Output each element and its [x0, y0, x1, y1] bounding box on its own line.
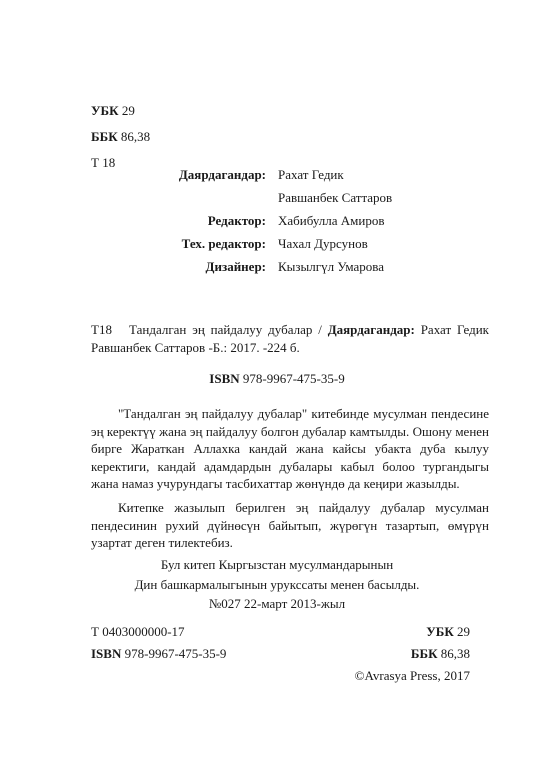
- header-codes: УБК 29 ББК 86,38 Т 18: [91, 98, 150, 176]
- bibliographic-record: Т18Тандалган эң пайдалуу дубалар / Даярд…: [91, 321, 489, 357]
- credit-row-editor: Редактор: Хабибулла Амиров: [170, 209, 470, 232]
- approval-line: №027 22-март 2013-жыл: [0, 594, 554, 614]
- credit-row-preparers-2: Равшанбек Саттаров: [170, 186, 470, 209]
- approval-line: Дин башкармалыгынын урукссаты менен басы…: [0, 575, 554, 595]
- footer-isbn: ISBN 978-9967-475-35-9: [91, 643, 226, 665]
- credit-row-tech-editor: Тех. редактор: Чахал Дурсунов: [170, 232, 470, 255]
- credits-block: Даярдагандар: Рахат Гедик Равшанбек Сатт…: [170, 163, 470, 278]
- isbn-center: ISBN 978-9967-475-35-9: [0, 371, 554, 387]
- footer-code: Т 0403000000-17: [91, 621, 226, 643]
- footer-left: Т 0403000000-17 ISBN 978-9967-475-35-9: [91, 621, 226, 665]
- author-mark: Т 18: [91, 150, 150, 176]
- credit-row-preparers: Даярдагандар: Рахат Гедик: [170, 163, 470, 186]
- bbk-code: ББК 86,38: [91, 124, 150, 150]
- approval-line: Бул китеп Кыргызстан мусулмандарынын: [0, 555, 554, 575]
- description-paragraph-1: "Тандалган эң пайдалуу дубалар" китебинд…: [91, 405, 489, 493]
- approval-block: Бул китеп Кыргызстан мусулмандарынын Дин…: [0, 555, 554, 614]
- footer-bbk: ББК 86,38: [355, 643, 470, 665]
- footer-udk: УБК 29: [355, 621, 470, 643]
- footer-right: УБК 29 ББК 86,38 ©Avrasya Press, 2017: [355, 621, 470, 687]
- udk-code: УБК 29: [91, 98, 150, 124]
- copyright: ©Avrasya Press, 2017: [355, 665, 470, 687]
- description-paragraph-2: Китепке жазылып берилген эң пайдалуу дуб…: [91, 499, 489, 552]
- credit-row-designer: Дизайнер: Кызылгүл Умарова: [170, 255, 470, 278]
